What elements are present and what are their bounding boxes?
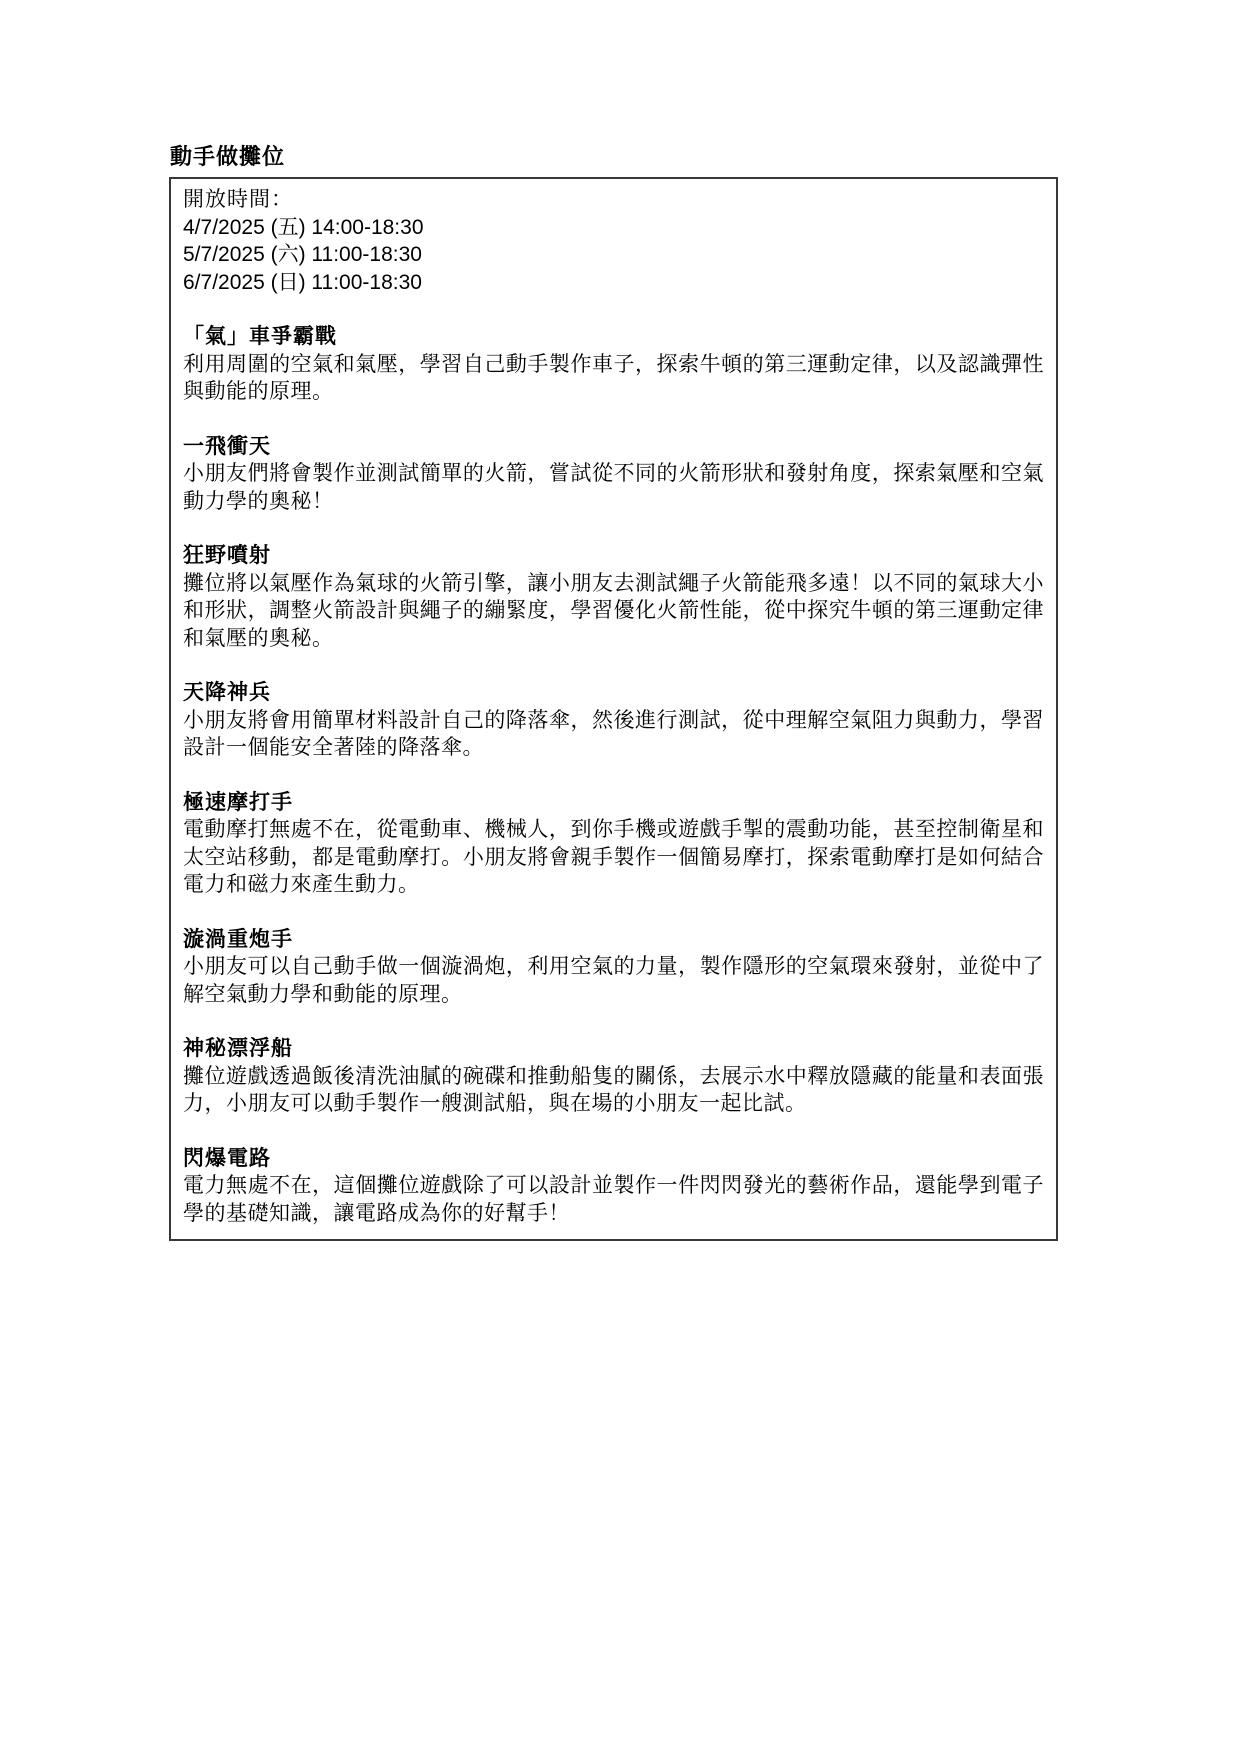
opening-hours-block: 開放時間： 4/7/2025 (五) 14:00-18:30 5/7/2025 …: [183, 186, 1044, 296]
booth-section-body: 攤位將以氣壓作為氣球的火箭引擎，讓小朋友去測試繩子火箭能飛多遠！以不同的氣球大小…: [183, 570, 1044, 653]
opening-time-item: 4/7/2025 (五) 14:00-18:30: [183, 214, 1044, 242]
booth-section: 極速摩打手 電動摩打無處不在，從電動車、機械人，到你手機或遊戲手掣的震動功能，甚…: [183, 789, 1044, 899]
booth-section: 天降神兵 小朋友將會用簡單材料設計自己的降落傘，然後進行測試，從中理解空氣阻力與…: [183, 679, 1044, 762]
booth-info-box: 開放時間： 4/7/2025 (五) 14:00-18:30 5/7/2025 …: [169, 177, 1058, 1241]
page-title: 動手做攤位: [170, 144, 1058, 170]
booth-section-body: 電動摩打無處不在，從電動車、機械人，到你手機或遊戲手掣的震動功能，甚至控制衛星和…: [183, 816, 1044, 899]
booth-section: 神秘漂浮船 攤位遊戲透過飯後清洗油膩的碗碟和推動船隻的關係，去展示水中釋放隱藏的…: [183, 1035, 1044, 1118]
opening-time-item: 6/7/2025 (日) 11:00-18:30: [183, 269, 1044, 297]
booth-section-title: 天降神兵: [183, 679, 1044, 707]
booth-section: 「氣」車爭霸戰 利用周圍的空氣和氣壓，學習自己動手製作車子，探索牛頓的第三運動定…: [183, 323, 1044, 406]
opening-time-item: 5/7/2025 (六) 11:00-18:30: [183, 241, 1044, 269]
booth-section-body: 小朋友們將會製作並測試簡單的火箭，嘗試從不同的火箭形狀和發射角度，探索氣壓和空氣…: [183, 460, 1044, 515]
booth-section: 一飛衝天 小朋友們將會製作並測試簡單的火箭，嘗試從不同的火箭形狀和發射角度，探索…: [183, 433, 1044, 516]
booth-section-title: 一飛衝天: [183, 433, 1044, 461]
opening-hours-label: 開放時間：: [183, 186, 1044, 214]
booth-section-title: 極速摩打手: [183, 789, 1044, 817]
opening-times-list: 4/7/2025 (五) 14:00-18:30 5/7/2025 (六) 11…: [183, 214, 1044, 297]
booth-section-body: 利用周圍的空氣和氣壓，學習自己動手製作車子，探索牛頓的第三運動定律，以及認識彈性…: [183, 351, 1044, 406]
booth-section-title: 「氣」車爭霸戰: [183, 323, 1044, 351]
booth-section-body: 小朋友將會用簡單材料設計自己的降落傘，然後進行測試，從中理解空氣阻力與動力，學習…: [183, 707, 1044, 762]
booth-section-body: 小朋友可以自己動手做一個漩渦炮，利用空氣的力量，製作隱形的空氣環來發射，並從中了…: [183, 953, 1044, 1008]
booth-section: 閃爆電路 電力無處不在，這個攤位遊戲除了可以設計並製作一件閃閃發光的藝術作品，還…: [183, 1145, 1044, 1228]
document-content: 動手做攤位 開放時間： 4/7/2025 (五) 14:00-18:30 5/7…: [169, 144, 1058, 1241]
document-page: 動手做攤位 開放時間： 4/7/2025 (五) 14:00-18:30 5/7…: [0, 0, 1241, 1754]
booth-section-title: 神秘漂浮船: [183, 1035, 1044, 1063]
booth-section: 狂野噴射 攤位將以氣壓作為氣球的火箭引擎，讓小朋友去測試繩子火箭能飛多遠！以不同…: [183, 542, 1044, 652]
booth-section-body: 攤位遊戲透過飯後清洗油膩的碗碟和推動船隻的關係，去展示水中釋放隱藏的能量和表面張…: [183, 1063, 1044, 1118]
booth-section-title: 狂野噴射: [183, 542, 1044, 570]
booth-section-body: 電力無處不在，這個攤位遊戲除了可以設計並製作一件閃閃發光的藝術作品，還能學到電子…: [183, 1172, 1044, 1227]
booth-section-title: 閃爆電路: [183, 1145, 1044, 1173]
booth-section-title: 漩渦重炮手: [183, 926, 1044, 954]
booth-section: 漩渦重炮手 小朋友可以自己動手做一個漩渦炮，利用空氣的力量，製作隱形的空氣環來發…: [183, 926, 1044, 1009]
